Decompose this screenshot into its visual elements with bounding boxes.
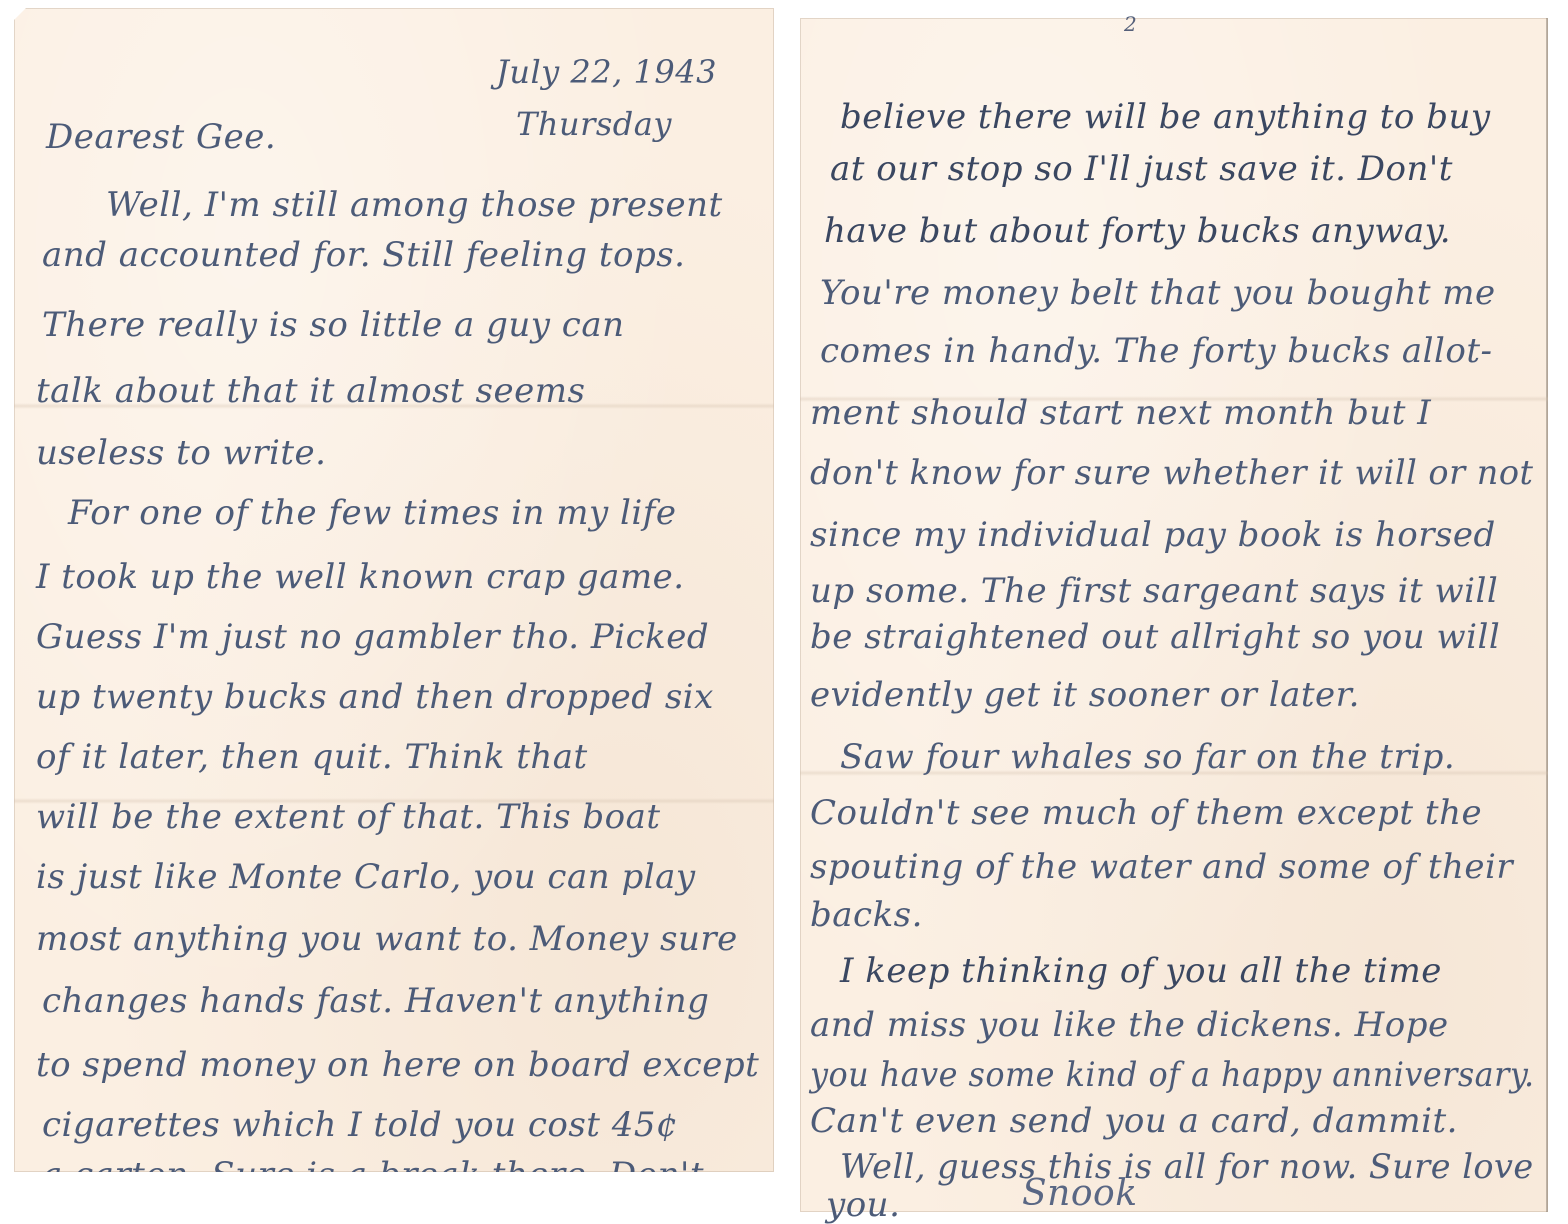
letter-line: up some. The first sargeant says it will — [810, 574, 1498, 608]
letter-line: comes in handy. The forty bucks allot- — [820, 334, 1493, 368]
letter-line: Couldn't see much of them except the — [810, 796, 1482, 830]
letter-line: a carton. Sure is a break there. Don't — [42, 1158, 704, 1192]
letter-line: have but about forty bucks anyway. — [824, 214, 1451, 248]
letter-line: you have some kind of a happy anniversar… — [810, 1058, 1535, 1092]
letter-line: You're money belt that you bought me — [820, 276, 1496, 310]
letter-line: at our stop so I'll just save it. Don't — [830, 152, 1453, 186]
letter-line: believe there will be anything to buy — [840, 100, 1491, 134]
letter-line: of it later, then quit. Think that — [36, 740, 588, 774]
letter-date: July 22, 1943 — [496, 56, 717, 88]
letter-line: I keep thinking of you all the time — [840, 954, 1442, 988]
letter-line: most anything you want to. Money sure — [36, 922, 738, 956]
letter-line: Can't even send you a card, dammit. — [810, 1104, 1458, 1138]
letter-line: don't know for sure whether it will or n… — [810, 456, 1534, 490]
salutation: Dearest Gee. — [46, 120, 276, 154]
letter-day: Thursday — [516, 108, 672, 140]
letter-line: backs. — [810, 898, 923, 932]
letter-line: you. — [826, 1188, 900, 1222]
signature: Snook — [1022, 1176, 1138, 1212]
letter-line: Well, I'm still among those present — [106, 188, 723, 222]
letter-line: cigarettes which I told you cost 45¢ — [42, 1108, 678, 1142]
letter-line: talk about that it almost seems — [36, 374, 585, 408]
page-number: 2 — [1124, 14, 1137, 34]
letter-line: There really is so little a guy can — [42, 308, 624, 342]
letter-line: Well, guess this is all for now. Sure lo… — [840, 1150, 1534, 1184]
letter-line: For one of the few times in my life — [68, 496, 676, 530]
letter-line: spouting of the water and some of their — [810, 850, 1513, 884]
letter-line: changes hands fast. Haven't anything — [42, 984, 709, 1018]
letter-line: ment should start next month but I — [810, 396, 1431, 430]
letter-line: and accounted for. Still feeling tops. — [42, 238, 685, 272]
letter-line: evidently get it sooner or later. — [810, 678, 1360, 712]
letter-page-1: July 22, 1943 Thursday Dearest Gee. Well… — [14, 8, 774, 1172]
letter-line: since my individual pay book is horsed — [810, 518, 1496, 552]
letter-line: to spend money on here on board except — [36, 1048, 759, 1082]
letter-line: I took up the well known crap game. — [36, 560, 685, 594]
letter-line: up twenty bucks and then dropped six — [36, 680, 714, 714]
letter-page-2: 2 believe there will be anything to buy … — [800, 18, 1548, 1212]
letter-line: will be the extent of that. This boat — [36, 800, 661, 834]
letter-line: is just like Monte Carlo, you can play — [36, 860, 696, 894]
letter-line: Guess I'm just no gambler tho. Picked — [36, 620, 709, 654]
letter-line: be straightened out allright so you will — [810, 620, 1500, 654]
letter-line: useless to write. — [36, 436, 326, 470]
letter-line: and miss you like the dickens. Hope — [810, 1008, 1449, 1042]
letter-line: Saw four whales so far on the trip. — [840, 740, 1455, 774]
